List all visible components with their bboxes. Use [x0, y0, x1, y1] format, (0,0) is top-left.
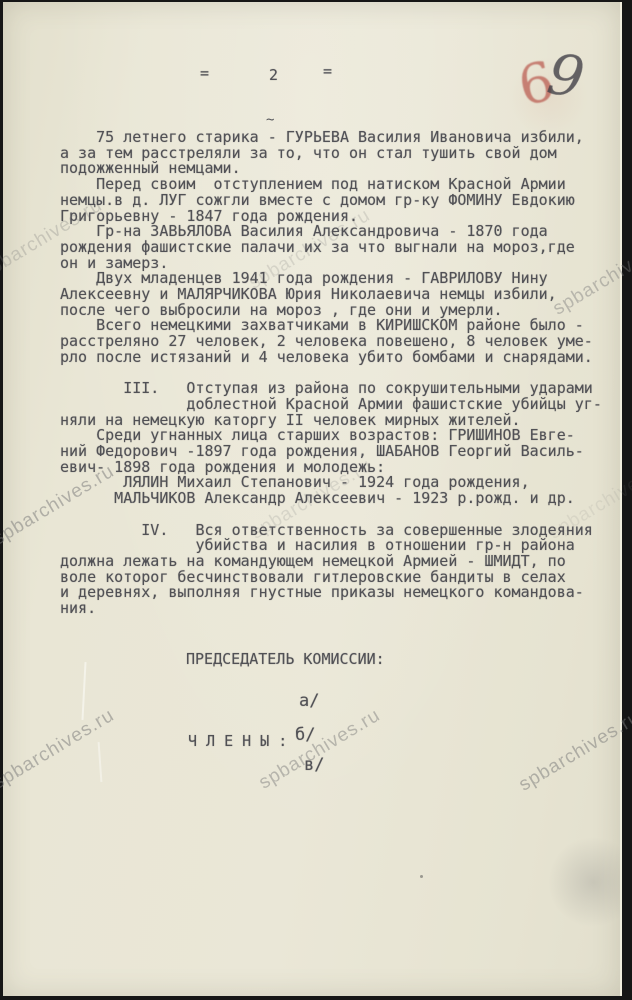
typed-body-text: 75 летнего старика - ГУРЬЕВА Василия Ива…: [60, 130, 602, 617]
handwritten-dark-digit: 9: [543, 42, 588, 112]
paper-scratch: [81, 662, 86, 720]
page-number: 2: [269, 68, 278, 84]
paper-scratch: [98, 742, 103, 782]
page-header-left-mark: =: [200, 66, 209, 82]
ink-speck: [420, 875, 423, 878]
paper-sheet: spbarchives.ru spbarchives.ru spbarchive…: [3, 2, 622, 996]
stray-dash-mark: ~: [266, 112, 274, 128]
committee-chairman-title: ПРЕДСЕДАТЕЛЬ КОМИССИИ:: [186, 652, 385, 668]
scanned-document: spbarchives.ru spbarchives.ru spbarchive…: [0, 0, 632, 1000]
signature-slot-v: в/: [304, 758, 324, 774]
watermark: spbarchives.ru: [515, 707, 632, 797]
signature-slot-b: б/: [295, 728, 315, 744]
page-header-right-mark: =: [323, 64, 332, 80]
members-label: Ч Л Е Н Ы :: [188, 734, 287, 750]
signature-slot-a: а/: [299, 694, 319, 710]
